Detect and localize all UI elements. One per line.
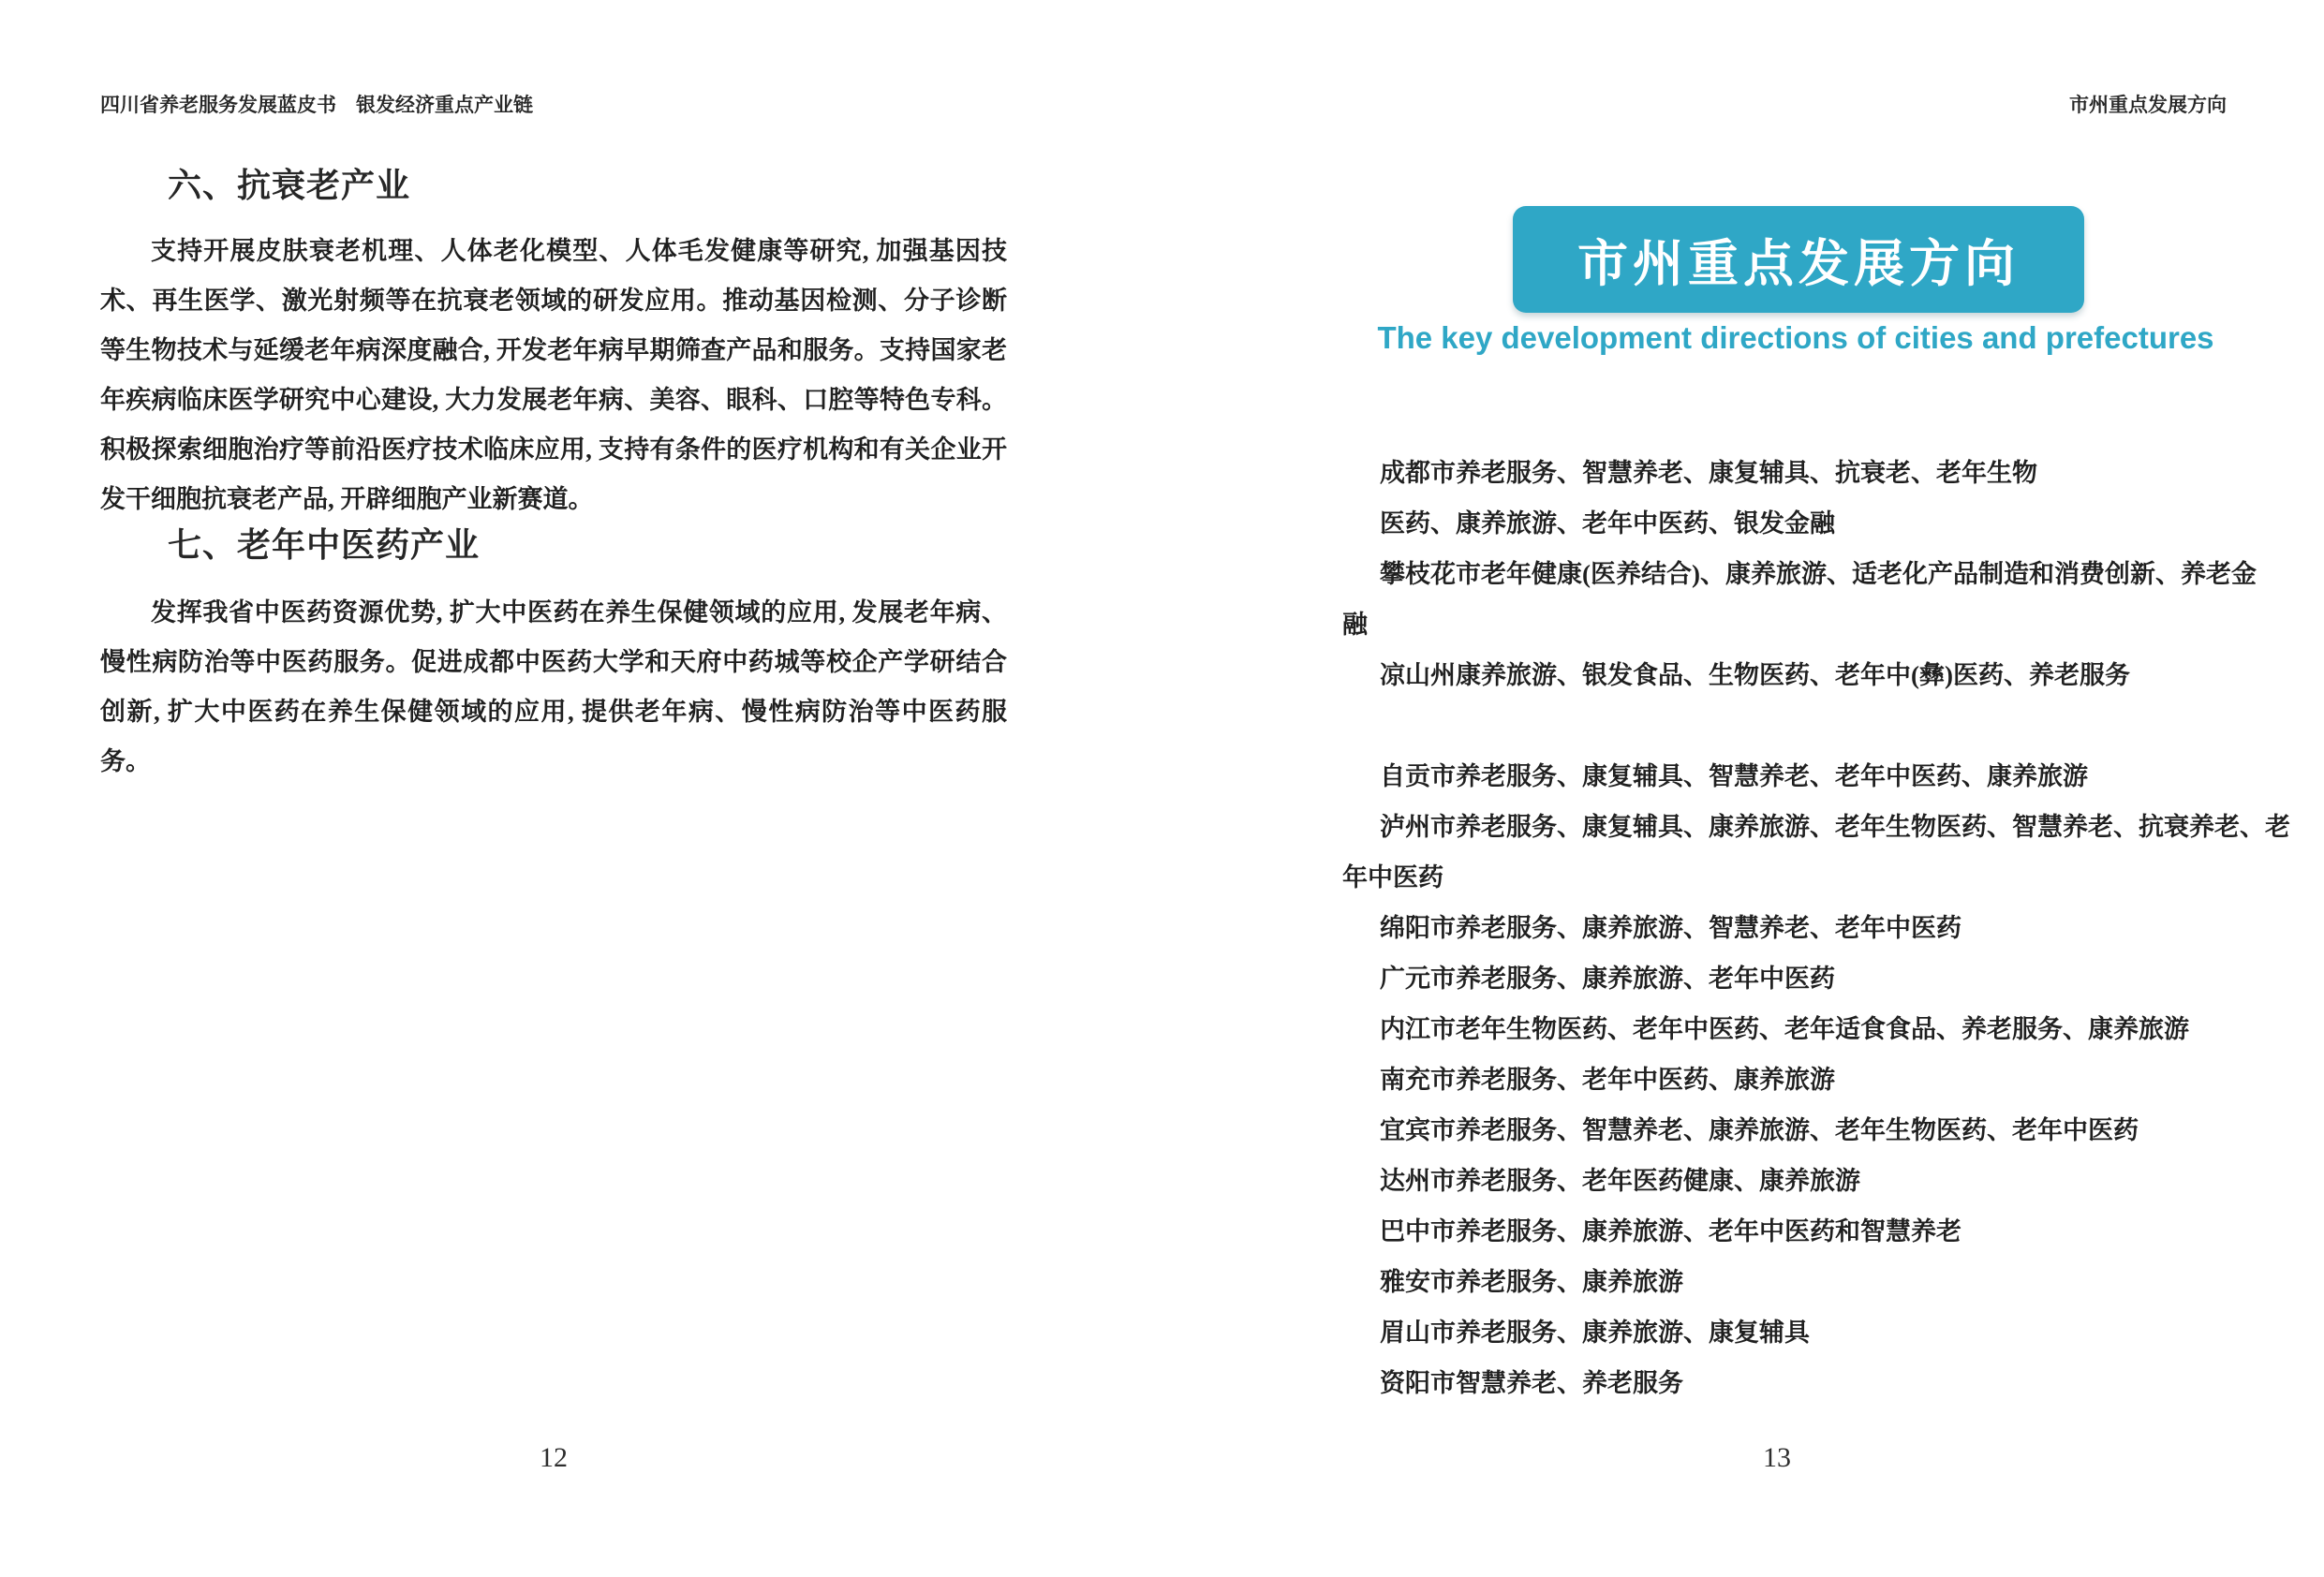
city-direction-line: 南充市养老服务、老年中医药、康养旅游: [1342, 1054, 2279, 1105]
city-direction-line: 雅安市养老服务、康养旅游: [1342, 1257, 2279, 1307]
city-direction-line: 资阳市智慧养老、养老服务: [1342, 1358, 2279, 1408]
city-direction-line: 融: [1342, 599, 2279, 650]
city-direction-line: 攀枝花市老年健康(医养结合)、康养旅游、适老化产品制造和消费创新、养老金: [1342, 549, 2279, 599]
city-direction-line: 医药、康养旅游、老年中医药、银发金融: [1342, 498, 2279, 549]
section-title-anti-aging-industry: 六、抗衰老产业: [168, 159, 410, 207]
right-page-running-head: 市州重点发展方向: [2069, 90, 2227, 118]
section-title-elderly-tcm-industry: 七、老年中医药产业: [168, 519, 480, 567]
city-direction-line: 泸州市养老服务、康复辅具、康养旅游、老年生物医药、智慧养老、抗衰养老、老: [1342, 802, 2279, 852]
chapter-subtitle-english: The key development directions of cities…: [1342, 320, 2249, 356]
city-direction-line: 宜宾市养老服务、智慧养老、康养旅游、老年生物医药、老年中医药: [1342, 1105, 2279, 1156]
left-page-running-head: 四川省养老服务发展蓝皮书 银发经济重点产业链: [100, 90, 533, 118]
section-paragraph-anti-aging-industry: 支持开展皮肤衰老机理、人体老化模型、人体毛发健康等研究, 加强基因技术、再生医学…: [100, 227, 1007, 524]
city-direction-line: 巴中市养老服务、康养旅游、老年中医药和智慧养老: [1342, 1206, 2279, 1257]
page-number-left: 12: [100, 1442, 1007, 1474]
city-direction-line: 内江市老年生物医药、老年中医药、老年适食食品、养老服务、康养旅游: [1342, 1004, 2279, 1054]
city-direction-line: 达州市养老服务、老年医药健康、康养旅游: [1342, 1156, 2279, 1206]
city-directions-list: 成都市养老服务、智慧养老、康复辅具、抗衰老、老年生物医药、康养旅游、老年中医药、…: [1342, 448, 2279, 1408]
city-direction-line: 成都市养老服务、智慧养老、康复辅具、抗衰老、老年生物: [1342, 448, 2279, 498]
city-direction-line: 眉山市养老服务、康养旅游、康复辅具: [1342, 1307, 2279, 1358]
city-direction-line: 年中医药: [1342, 852, 2279, 903]
page-number-right: 13: [1324, 1442, 2230, 1474]
city-direction-line: 凉山州康养旅游、银发食品、生物医药、老年中(彝)医药、养老服务: [1342, 650, 2279, 700]
city-direction-line: 广元市养老服务、康养旅游、老年中医药: [1342, 953, 2279, 1004]
chapter-title-banner: 市州重点发展方向: [1513, 206, 2084, 313]
city-direction-line: 绵阳市养老服务、康养旅游、智慧养老、老年中医药: [1342, 903, 2279, 953]
book-spread: 四川省养老服务发展蓝皮书 银发经济重点产业链 市州重点发展方向 六、抗衰老产业 …: [0, 0, 2324, 1577]
city-direction-line: 自贡市养老服务、康复辅具、智慧养老、老年中医药、康养旅游: [1342, 751, 2279, 802]
section-paragraph-elderly-tcm-industry: 发挥我省中医药资源优势, 扩大中医药在养生保健领域的应用, 发展老年病、慢性病防…: [100, 588, 1007, 787]
